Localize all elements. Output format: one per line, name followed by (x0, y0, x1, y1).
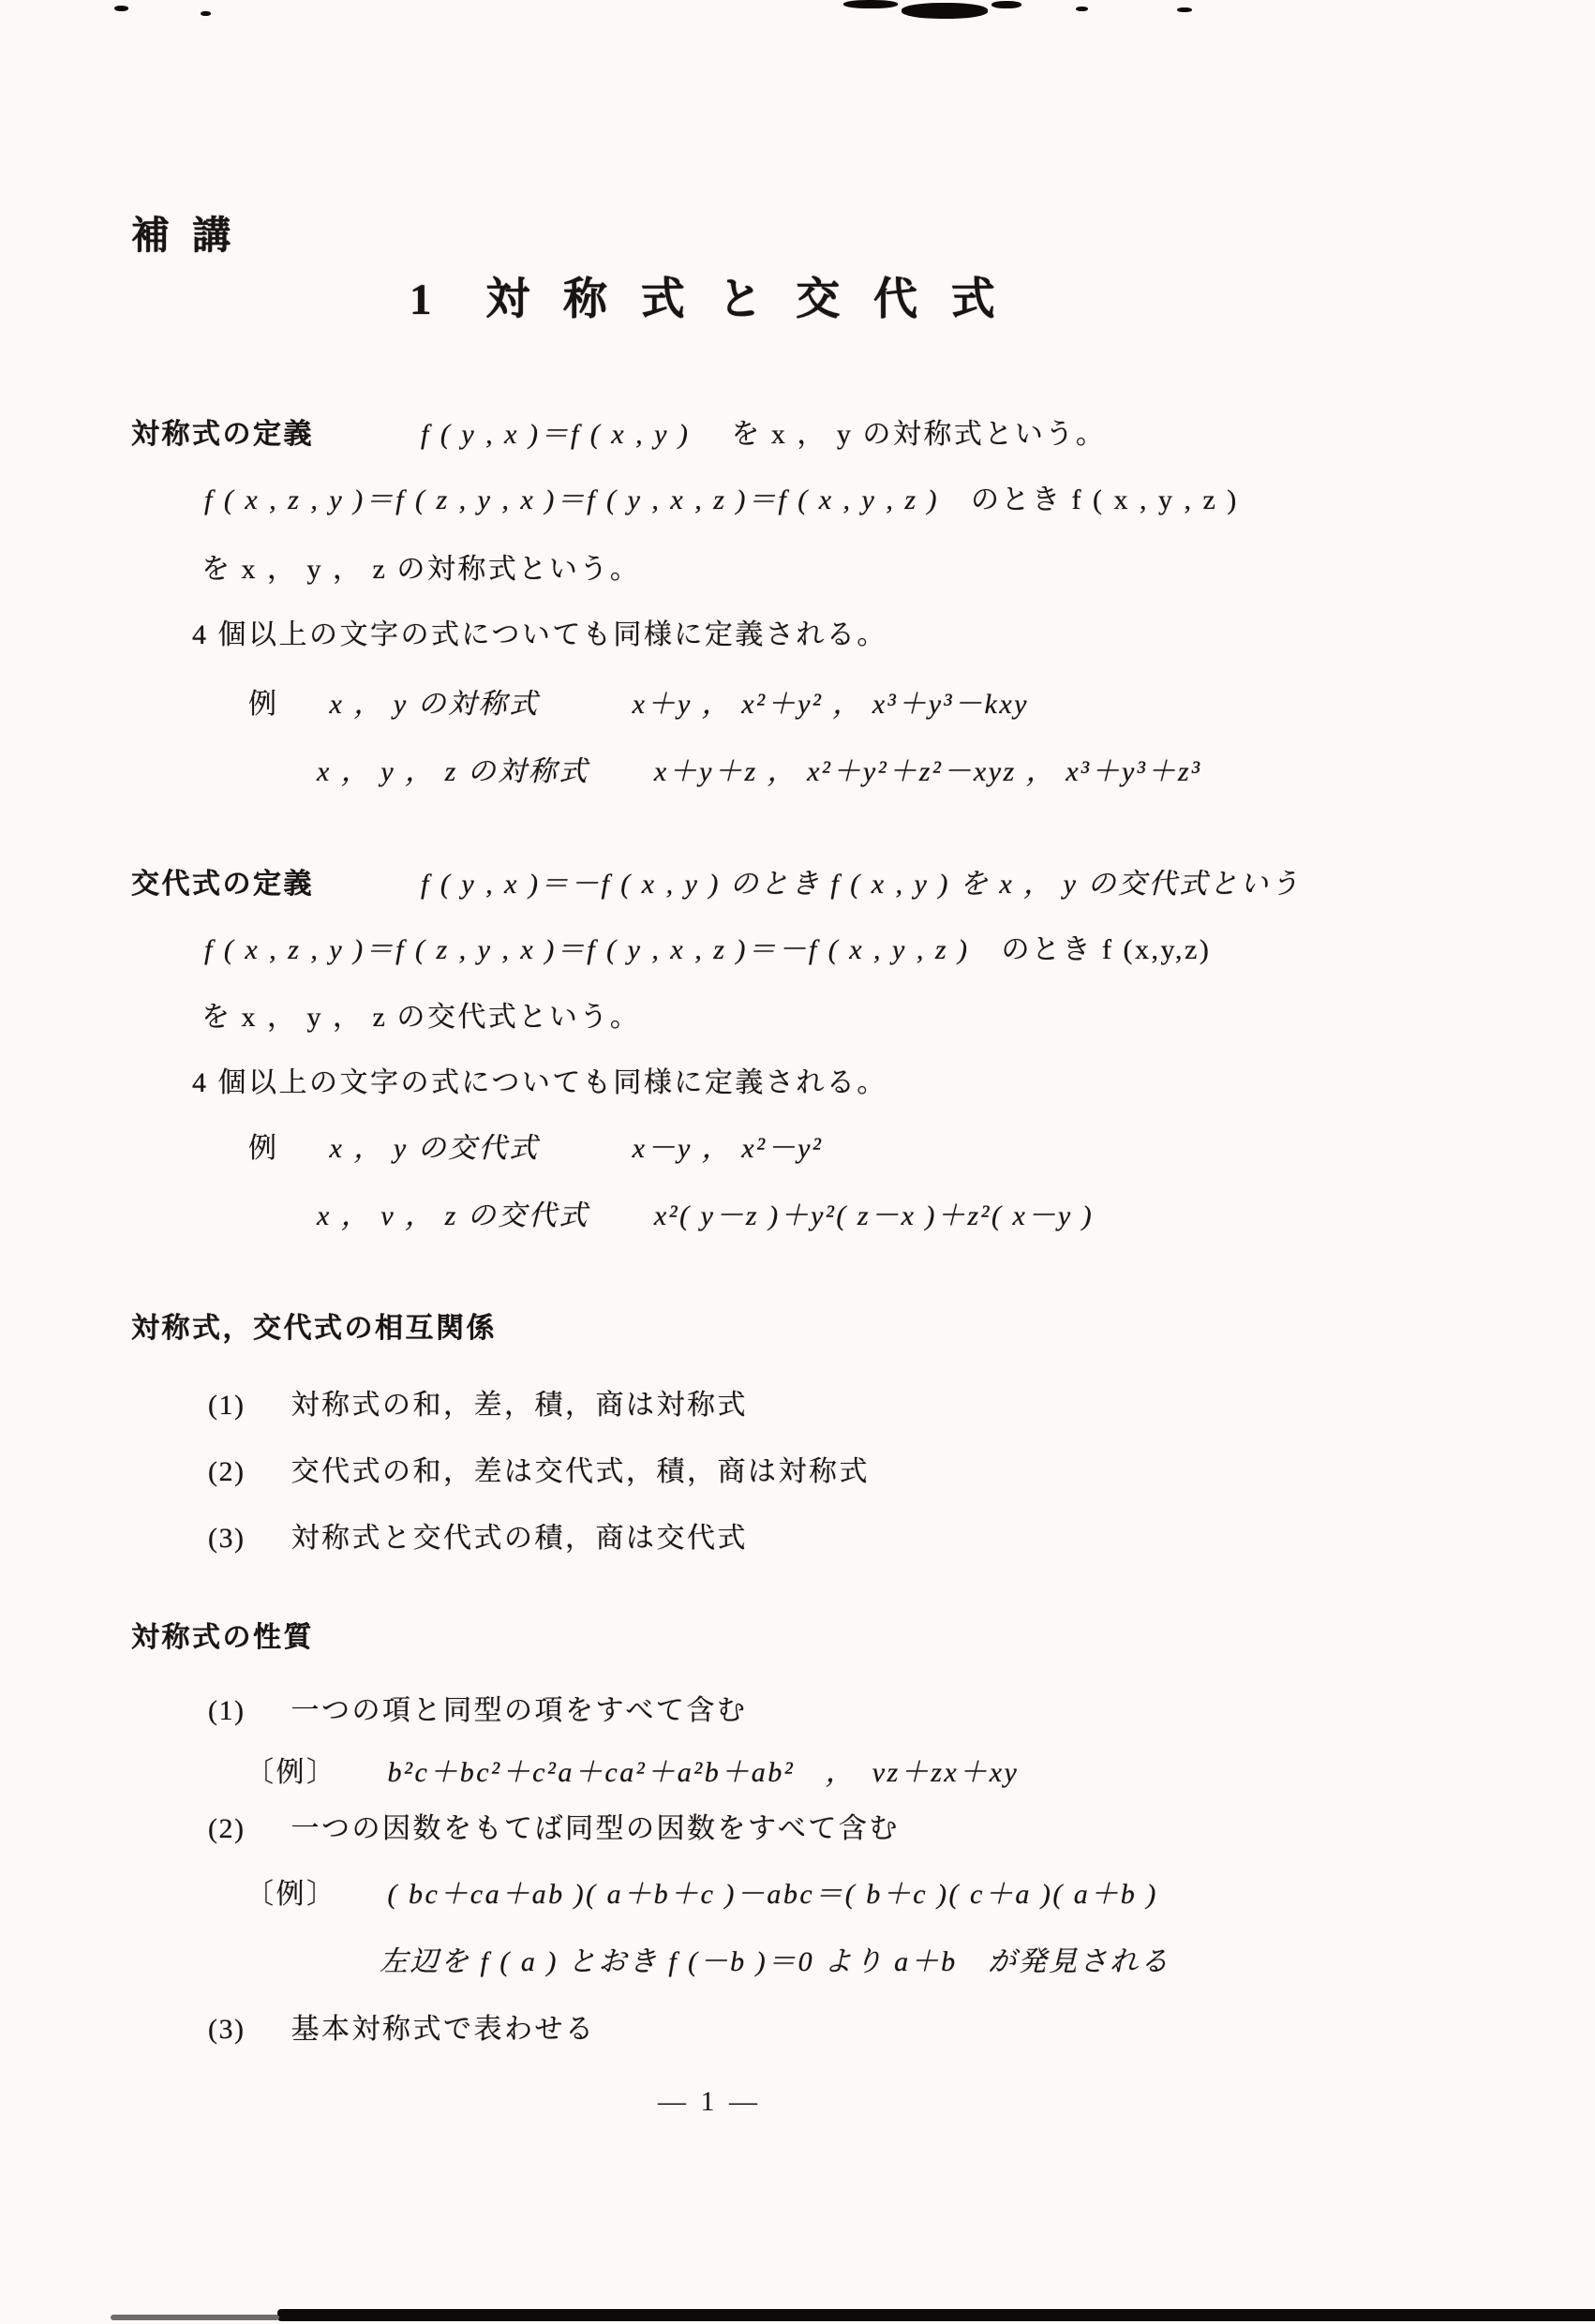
relations-item-1: (1) 対称式の和，差，積，商は対称式 (208, 1381, 748, 1423)
example-label: 例 (248, 689, 279, 720)
symmetric-definition-tail: を x ， y の対称式という。 (731, 419, 1106, 450)
properties-heading: 対称式の性質 (131, 1614, 314, 1655)
title-number: 1 (410, 276, 432, 324)
item-number: (2) (208, 1813, 245, 1844)
scan-artifact (1076, 7, 1088, 11)
scan-artifact (114, 6, 128, 11)
symmetric-example1-formulas: x＋y ， x²＋y² ， x³＋y³－kxy (633, 689, 1029, 720)
symmetric-example2-name: x ， y ， z の対称式 (317, 756, 589, 787)
page-title: 1 対 称 式 と 交 代 式 (410, 264, 1006, 327)
properties-example1-formula: b²c＋bc²＋c²a＋ca²＋a²b＋ab² ， vz＋zx＋xy (388, 1757, 1020, 1788)
scan-artifact (201, 11, 211, 16)
properties-example2-formula: ( bc＋ca＋ab )( a＋b＋c )－abc＝( b＋c )( c＋a )… (388, 1879, 1158, 1910)
page-number: — 1 — (658, 2086, 761, 2118)
alternating-example2-name: x ， v ， z の交代式 (317, 1200, 589, 1231)
alternating-definition-formula: f ( y , x )＝－f ( x , y ) のとき f ( x , y )… (421, 869, 1301, 900)
item-text: 交代式の和，差は交代式，積，商は対称式 (291, 1456, 870, 1487)
scanned-document-page: 補 講 1 対 称 式 と 交 代 式 対称式の定義 f ( y , x )＝f… (0, 0, 1595, 2324)
alternating-definition-label: 交代式の定義 (131, 869, 314, 900)
properties-item-3: (3) 基本対称式で表わせる (208, 2005, 595, 2047)
alternating-example2-formulas: x²( y－z )＋y²( z－x )＋z²( x－y ) (654, 1200, 1094, 1231)
scan-artifact (843, 0, 898, 8)
relations-heading: 対称式，交代式の相互関係 (131, 1304, 497, 1346)
item-number: (1) (208, 1695, 245, 1726)
item-number: (1) (208, 1390, 245, 1421)
scan-artifact (991, 1, 1021, 8)
section-header-label: 補 講 (131, 204, 237, 260)
item-text: 基本対称式で表わせる (291, 2014, 595, 2045)
symmetric-definition-line4: 4 個以上の文字の式についても同様に定義される。 (192, 611, 887, 652)
symmetric-3var-formula: f ( x , z , y )＝f ( z , y , x )＝f ( y , … (204, 484, 939, 515)
alternating-definition-line2: f ( x , z , y )＝f ( z , y , x )＝f ( y , … (204, 926, 1211, 967)
title-text: 対 称 式 と 交 代 式 (485, 276, 1006, 324)
symmetric-example-line2: x ， y ， z の対称式 x＋y＋z ， x²＋y²＋z²－xyz ， x³… (317, 748, 1202, 789)
symmetric-example-line1: 例 x ， y の対称式 x＋y ， x²＋y² ， x³＋y³－kxy (248, 680, 1029, 722)
symmetric-definition-line2: f ( x , z , y )＝f ( z , y , x )＝f ( y , … (204, 476, 1239, 517)
symmetric-3var-tail: のとき f ( x , y , z ) (971, 484, 1239, 515)
properties-example-2-note: 左辺を f ( a ) とおき f (－b )＝0 より a＋b が発見される (380, 1938, 1170, 1979)
item-text: 一つの因数をもてば同型の因数をすべて含む (291, 1813, 899, 1844)
symmetric-example1-name: x ， y の対称式 (330, 689, 540, 720)
alternating-definition-line4: 4 個以上の文字の式についても同様に定義される。 (192, 1059, 887, 1100)
symmetric-definition-formula: f ( y , x )＝f ( x , y ) (421, 419, 690, 450)
properties-example-1: 〔例〕 b²c＋bc²＋c²a＋ca²＋a²b＋ab² ， vz＋zx＋xy (246, 1749, 1019, 1790)
symmetric-definition-line1: 対称式の定義 f ( y , x )＝f ( x , y ) を x ， y の… (131, 410, 1106, 452)
scan-artifact (902, 3, 988, 19)
item-number: (3) (208, 2014, 245, 2045)
alternating-definition-line1: 交代式の定義 f ( y , x )＝－f ( x , y ) のとき f ( … (131, 860, 1301, 901)
alternating-example1-name: x ， y の交代式 (330, 1133, 540, 1164)
example-bracket-label: 〔例〕 (246, 1879, 337, 1910)
alternating-definition-line3: を x ， y ， z の交代式という。 (201, 993, 640, 1035)
properties-item-2: (2) 一つの因数をもてば同型の因数をすべて含む (208, 1805, 900, 1846)
alternating-3var-formula: f ( x , z , y )＝f ( z , y , x )＝f ( y , … (204, 934, 969, 965)
alternating-example-line2: x ， v ， z の交代式 x²( y－z )＋y²( z－x )＋z²( x… (317, 1192, 1094, 1233)
item-number: (3) (208, 1523, 245, 1554)
relations-item-3: (3) 対称式と交代式の積，商は交代式 (208, 1514, 748, 1556)
alternating-example-line1: 例 x ， y の交代式 x－y ， x²－y² (248, 1125, 823, 1166)
scan-artifact (1177, 7, 1192, 12)
example-label: 例 (248, 1133, 279, 1164)
item-text: 対称式と交代式の積，商は交代式 (291, 1523, 748, 1554)
relations-item-2: (2) 交代式の和，差は交代式，積，商は対称式 (208, 1448, 870, 1489)
item-number: (2) (208, 1456, 245, 1487)
symmetric-definition-label: 対称式の定義 (131, 419, 314, 450)
alternating-example1-formulas: x－y ， x²－y² (633, 1133, 824, 1164)
alternating-3var-tail: のとき f (x,y,z) (1001, 934, 1211, 965)
symmetric-definition-line3: を x ， y ， z の対称式という。 (201, 545, 640, 587)
item-text: 対称式の和，差，積，商は対称式 (291, 1390, 748, 1421)
properties-example-2: 〔例〕 ( bc＋ca＋ab )( a＋b＋c )－abc＝( b＋c )( c… (246, 1870, 1158, 1912)
scan-artifact (277, 2309, 1595, 2321)
properties-item-1: (1) 一つの項と同型の項をすべて含む (208, 1687, 747, 1728)
symmetric-example2-formulas: x＋y＋z ， x²＋y²＋z²－xyz ， x³＋y³＋z³ (654, 756, 1202, 787)
example-bracket-label: 〔例〕 (246, 1757, 337, 1788)
scan-artifact (111, 2315, 279, 2320)
item-text: 一つの項と同型の項をすべて含む (291, 1695, 747, 1726)
